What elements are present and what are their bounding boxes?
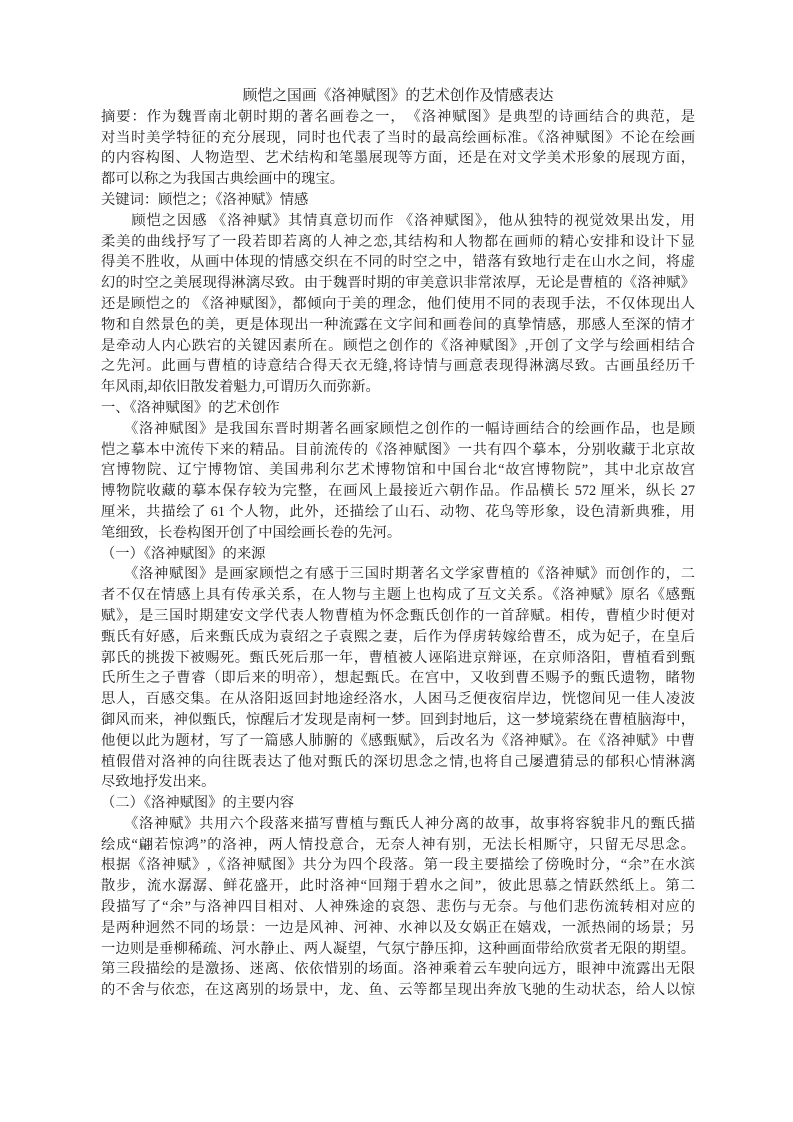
document-body: 摘要：作为魏晋南北朝时期的著名画卷之一， 《洛神赋图》是典型的诗画结合的典范，是… — [101, 107, 695, 1001]
document-page: 顾恺之国画《洛神赋图》的艺术创作及情感表达 摘要：作为魏晋南北朝时期的著名画卷之… — [0, 0, 793, 1122]
text-line: 《洛神赋图》是我国东晋时期著名画家顾恺之创作的一幅诗画结合的绘画作品，也是顾 — [101, 419, 695, 440]
document-text-block: 顾恺之国画《洛神赋图》的艺术创作及情感表达 摘要：作为魏晋南北朝时期的著名画卷之… — [101, 86, 695, 1001]
text-line: 对当时美学特征的充分展现，同时也代表了当时的最高绘画标准。《洛神赋图》不论在绘画 — [101, 128, 695, 149]
text-line: 第三段描绘的是激扬、迷离、依依惜别的场面。洛神乘着云车驶向远方，眼神中流露出无限 — [101, 959, 695, 980]
text-line: （一）《洛神赋图》的来源 — [101, 544, 695, 565]
text-line: 御风而来，神似甄氏，惊醒后才发现是南柯一梦。回到封地后，这一梦境萦绕在曹植脑海中… — [101, 710, 695, 731]
text-line: 都可以称之为我国古典绘画中的瑰宝。 — [101, 169, 695, 190]
text-line: 之先河。此画与曹植的诗意结合得天衣无缝,将诗情与画意表现得淋漓尽致。古画虽经历千 — [101, 356, 695, 377]
text-line: 年风雨,却依旧散发着魁力,可谓历久而弥新。 — [101, 377, 695, 398]
text-line: 博物院收藏的摹本保存较为完整，在画风上最接近六朝作品。作品横长 572 厘米，纵… — [101, 481, 695, 502]
text-line: 厘米，共描绘了 61 个人物，此外，还描绘了山石、动物、花鸟等形象，设色清新典雅… — [101, 502, 695, 523]
text-line: （二）《洛神赋图》的主要内容 — [101, 793, 695, 814]
text-line: 得美不胜收，从画中体现的情感交织在不同的时空之中，错落有致地行走在山水之间，将虚 — [101, 252, 695, 273]
text-line: 绘成“翩若惊鸿”的洛神，两人情投意合，无奈人神有别，无法长相厮守，只留无尽思念。 — [101, 835, 695, 856]
text-line: 关键词：顾恺之；《洛神赋》情感 — [101, 190, 695, 211]
text-line: 他便以此为题材，写了一篇感人肺腑的《感甄赋》，后改名为《洛神赋》。在《洛神赋》中… — [101, 731, 695, 752]
text-line: 摘要：作为魏晋南北朝时期的著名画卷之一， 《洛神赋图》是典型的诗画结合的典范，是 — [101, 107, 695, 128]
text-line: 思人，百感交集。在从洛阳返回封地途经洛水，人困马乏便夜宿岸边，恍惚间见一佳人凌波 — [101, 689, 695, 710]
text-line: 一边则是垂柳稀疏、河水静止、两人凝望，气氛宁静压抑，这种画面带给欣赏者无限的期望… — [101, 939, 695, 960]
text-line: 赋》，是三国时期建安文学代表人物曹植为怀念甄氏创作的一首辞赋。相传，曹植少时便对 — [101, 606, 695, 627]
text-line: 一、《洛神赋图》的艺术创作 — [101, 398, 695, 419]
text-line: 段描写了“余”与洛神四目相对、人神殊途的哀怨、悲伤与无奈。与他们悲伤流转相对应的 — [101, 897, 695, 918]
text-line: 恺之摹本中流传下来的精品。目前流传的《洛神赋图》一共有四个摹本，分别收藏于北京故 — [101, 440, 695, 461]
text-line: 还是顾恺之的 《洛神赋图》，都倾向于美的理念，他们使用不同的表现手法，不仅体现出… — [101, 294, 695, 315]
text-line: 者不仅在情感上具有传承关系，在人物与主题上也构成了互文关系。《洛神赋》原名《感甄 — [101, 585, 695, 606]
text-line: 甄氏有好感，后来甄氏成为袁绍之子袁熙之妻，后作为俘虏转嫁给曹丕，成为妃子，在皇后 — [101, 627, 695, 648]
text-line: 氏所生之子曹睿（即后来的明帝），想起甄氏。在宫中，又收到曹丕赐予的甄氏遗物，睹物 — [101, 668, 695, 689]
document-title: 顾恺之国画《洛神赋图》的艺术创作及情感表达 — [101, 86, 695, 107]
text-line: 散步，流水潺潺、鲜花盛开，此时洛神“回翔于碧水之间”，彼此思慕之情跃然纸上。第二 — [101, 876, 695, 897]
text-line: 植假借对洛神的向往既表达了他对甄氏的深切思念之情,也将自己屡遭猜忌的郁积心情淋漓 — [101, 752, 695, 773]
text-line: 宫博物院、辽宁博物馆、美国弗利尔艺术博物馆和中国台北“故宫博物院”，其中北京故宫 — [101, 460, 695, 481]
text-line: 顾恺之因感 《洛神赋》其情真意切而作 《洛神赋图》，他从独特的视觉效果出发，用 — [101, 211, 695, 232]
text-line: 是牵动人内心跌宕的关键因素所在。顾恺之创作的《洛神赋图》,开创了文学与绘画相结合 — [101, 336, 695, 357]
text-line: 幻的时空之美展现得淋漓尽致。由于魏晋时期的审美意识非常浓厚，无论是曹植的《洛神赋… — [101, 273, 695, 294]
text-line: 是两种迥然不同的场景：一边是风神、河神、水神以及女娲正在嬉戏，一派热闹的场景；另 — [101, 918, 695, 939]
text-line: 柔美的曲线抒写了一段若即若离的人神之恋,其结构和人物都在画师的精心安排和设计下显 — [101, 232, 695, 253]
text-line: 根据《洛神赋》,《洛神赋图》共分为四个段落。第一段主要描绘了傍晚时分，“余”在水… — [101, 855, 695, 876]
text-line: 《洛神赋》共用六个段落来描写曹植与甄氏人神分离的故事，故事将容貌非凡的甄氏描 — [101, 814, 695, 835]
text-line: 尽致地抒发出来。 — [101, 772, 695, 793]
text-line: 《洛神赋图》是画家顾恺之有感于三国时期著名文学家曹植的《洛神赋》而创作的，二 — [101, 564, 695, 585]
text-line: 物和自然景色的美，更是体现出一种流露在文字间和画卷间的真挚情感，那感人至深的情才 — [101, 315, 695, 336]
text-line: 的内容构图、人物造型、艺术结构和笔墨展现等方面，还是在对文学美术形象的展现方面， — [101, 148, 695, 169]
text-line: 笔细致，长卷构图开创了中国绘画长卷的先河。 — [101, 523, 695, 544]
text-line: 的不舍与依恋，在这离别的场景中，龙、鱼、云等都呈现出奔放飞驰的生动状态，给人以惊 — [101, 980, 695, 1001]
text-line: 郭氏的挑拨下被赐死。甄氏死后那一年，曹植被人诬陷进京辩诬，在京师洛阳，曹植看到甄 — [101, 648, 695, 669]
